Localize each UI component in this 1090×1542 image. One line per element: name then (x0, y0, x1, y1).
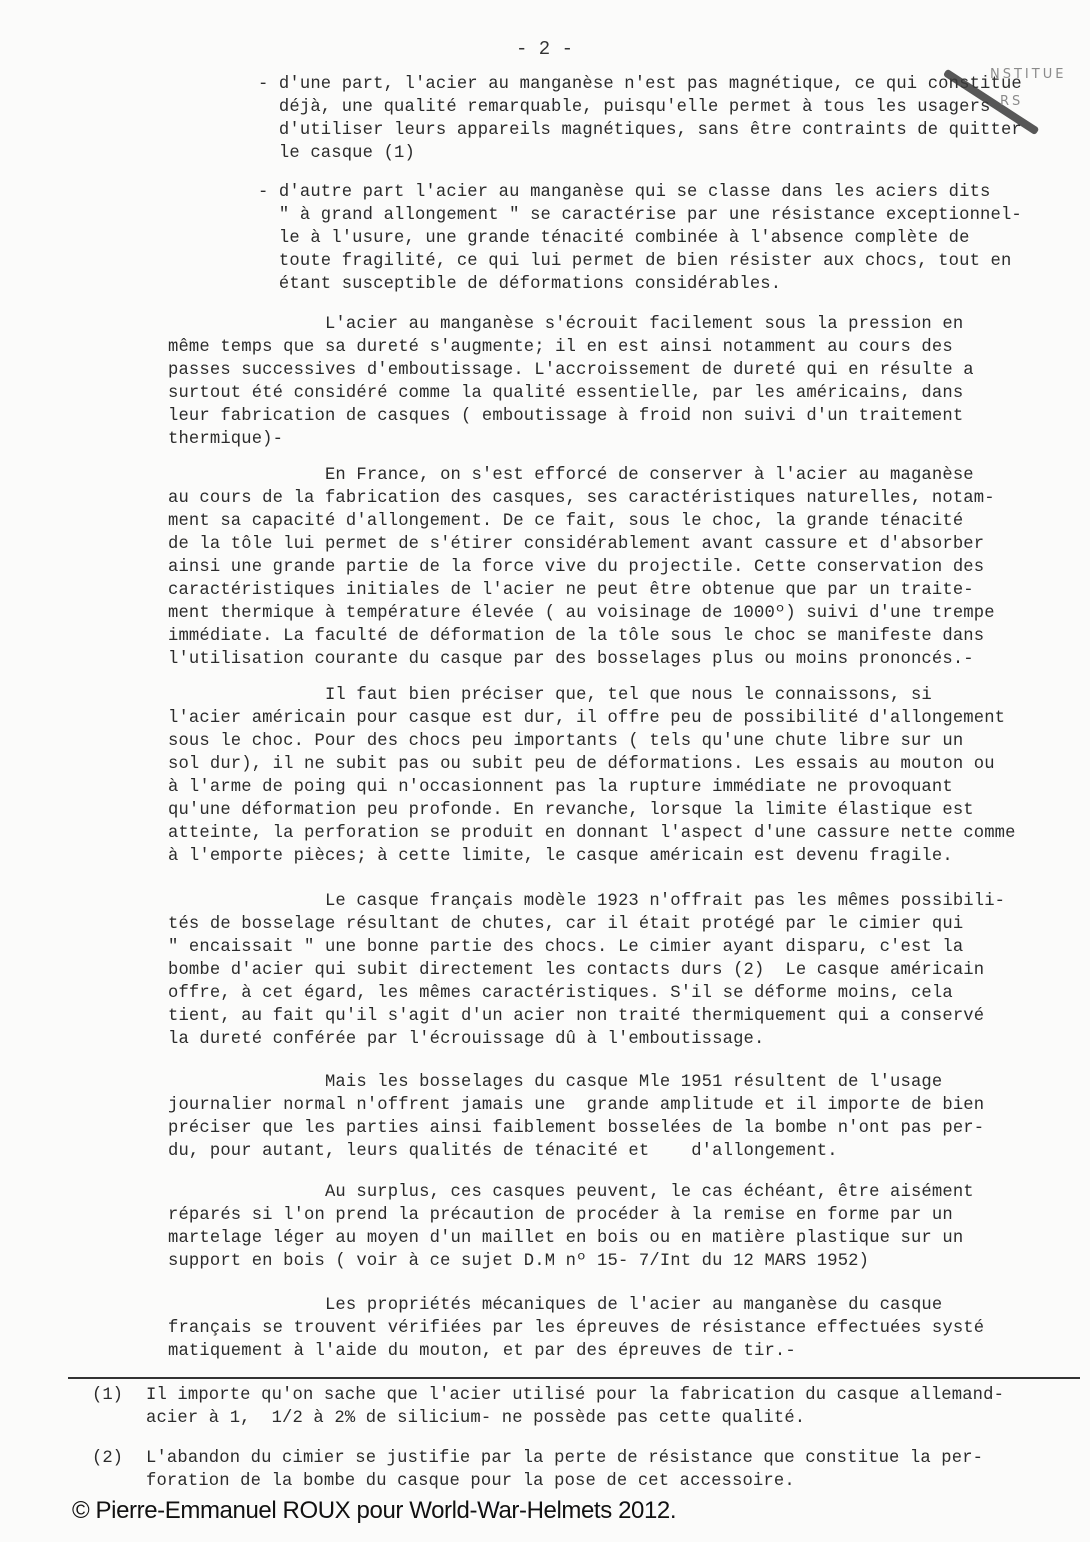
text-line: à l'emporte pièces; à cette limite, le c… (168, 845, 953, 868)
text-line: ainsi une grande partie de la force vive… (168, 556, 984, 579)
text-line: qu'une déformation peu profonde. En reva… (168, 799, 974, 822)
text-line: du, pour autant, leurs qualités de ténac… (168, 1140, 838, 1163)
text-line: toute fragilité, ce qui lui permet de bi… (258, 250, 1011, 273)
footnote-marker: (2) (92, 1447, 123, 1470)
text-line: En France, on s'est efforcé de conserver… (168, 464, 974, 487)
text-line: Les propriétés mécaniques de l'acier au … (168, 1294, 942, 1317)
text-line: thermique)- (168, 428, 283, 451)
text-line: sous le choc. Pour des chocs peu importa… (168, 730, 963, 753)
text-line: d'utiliser leurs appareils magnétiques, … (258, 119, 1022, 142)
text-line: support en bois ( voir à ce sujet D.M nº… (168, 1250, 869, 1273)
text-line: foration de la bombe du casque pour la p… (146, 1470, 795, 1493)
text-line: L'abandon du cimier se justifie par la p… (146, 1447, 983, 1470)
text-line: l'utilisation courante du casque par des… (168, 648, 974, 671)
text-line: à l'arme de poing qui n'occasionnent pas… (168, 776, 953, 799)
text-line: le à l'usure, une grande ténacité combin… (258, 227, 970, 250)
text-line: ment sa capacité d'allongement. De ce fa… (168, 510, 963, 533)
text-line: Au surplus, ces casques peuvent, le cas … (168, 1181, 974, 1204)
text-line: tés de bosselage résultant de chutes, ca… (168, 913, 963, 936)
text-line: leur fabrication de casques ( emboutissa… (168, 405, 963, 428)
text-line: bombe d'acier qui subit directement les … (168, 959, 984, 982)
text-line: de la tôle lui permet de s'étirer consid… (168, 533, 984, 556)
handwritten-annotation: NSTITUE (990, 67, 1066, 82)
copyright-notice: © Pierre-Emmanuel ROUX pour World-War-He… (72, 1497, 676, 1525)
text-line: la dureté conférée par l'écrouissage dû … (168, 1028, 764, 1051)
page-number: - 2 - (516, 38, 573, 60)
document-page: - 2 - - d'une part, l'acier au manganèse… (0, 0, 1090, 1542)
text-line: immédiate. La faculté de déformation de … (168, 625, 984, 648)
text-line: matiquement à l'aide du mouton, et par d… (168, 1340, 796, 1363)
text-line: l'acier américain pour casque est dur, i… (168, 707, 1005, 730)
handwritten-annotation: RS (1000, 94, 1023, 109)
text-line: Il faut bien préciser que, tel que nous … (168, 684, 932, 707)
text-line: atteinte, la perforation se produit en d… (168, 822, 1016, 845)
text-line: " à grand allongement " se caractérise p… (258, 204, 1022, 227)
text-line: surtout été considéré comme la qualité e… (168, 382, 963, 405)
text-line: Mais les bosselages du casque Mle 1951 r… (168, 1071, 942, 1094)
text-line: caractéristiques initiales de l'acier ne… (168, 579, 974, 602)
text-line: le casque (1) (258, 142, 415, 165)
text-line: passes successives d'emboutissage. L'acc… (168, 359, 974, 382)
text-line: - d'autre part l'acier au manganèse qui … (258, 181, 991, 204)
text-line: Il importe qu'on sache que l'acier utili… (146, 1384, 1004, 1407)
footnote-marker: (1) (92, 1384, 123, 1407)
text-line: Le casque français modèle 1923 n'offrait… (168, 890, 1005, 913)
text-line: offre, à cet égard, les mêmes caractéris… (168, 982, 953, 1005)
text-line: acier à 1, 1/2 à 2% de silicium- ne poss… (146, 1407, 805, 1430)
text-line: au cours de la fabrication des casques, … (168, 487, 995, 510)
text-line: martelage léger au moyen d'un maillet en… (168, 1227, 963, 1250)
text-line: " encaissait " une bonne partie des choc… (168, 936, 963, 959)
text-line: préciser que les parties ainsi faiblemen… (168, 1117, 984, 1140)
text-line: déjà, une qualité remarquable, puisqu'el… (258, 96, 991, 119)
text-line: français se trouvent vérifiées par les é… (168, 1317, 984, 1340)
text-line: - d'une part, l'acier au manganèse n'est… (258, 73, 1022, 96)
footnote-divider (68, 1377, 1080, 1379)
text-line: ment thermique à température élevée ( au… (168, 602, 995, 625)
text-line: étant susceptible de déformations consid… (258, 273, 781, 296)
text-line: sol dur), il ne subit pas ou subit peu d… (168, 753, 995, 776)
text-line: tient, au fait qu'il s'agit d'un acier n… (168, 1005, 984, 1028)
text-line: journalier normal n'offrent jamais une g… (168, 1094, 984, 1117)
text-line: L'acier au manganèse s'écrouit facilemen… (168, 313, 963, 336)
text-line: réparés si l'on prend la précaution de p… (168, 1204, 953, 1227)
text-line: même temps que sa dureté s'augmente; il … (168, 336, 953, 359)
